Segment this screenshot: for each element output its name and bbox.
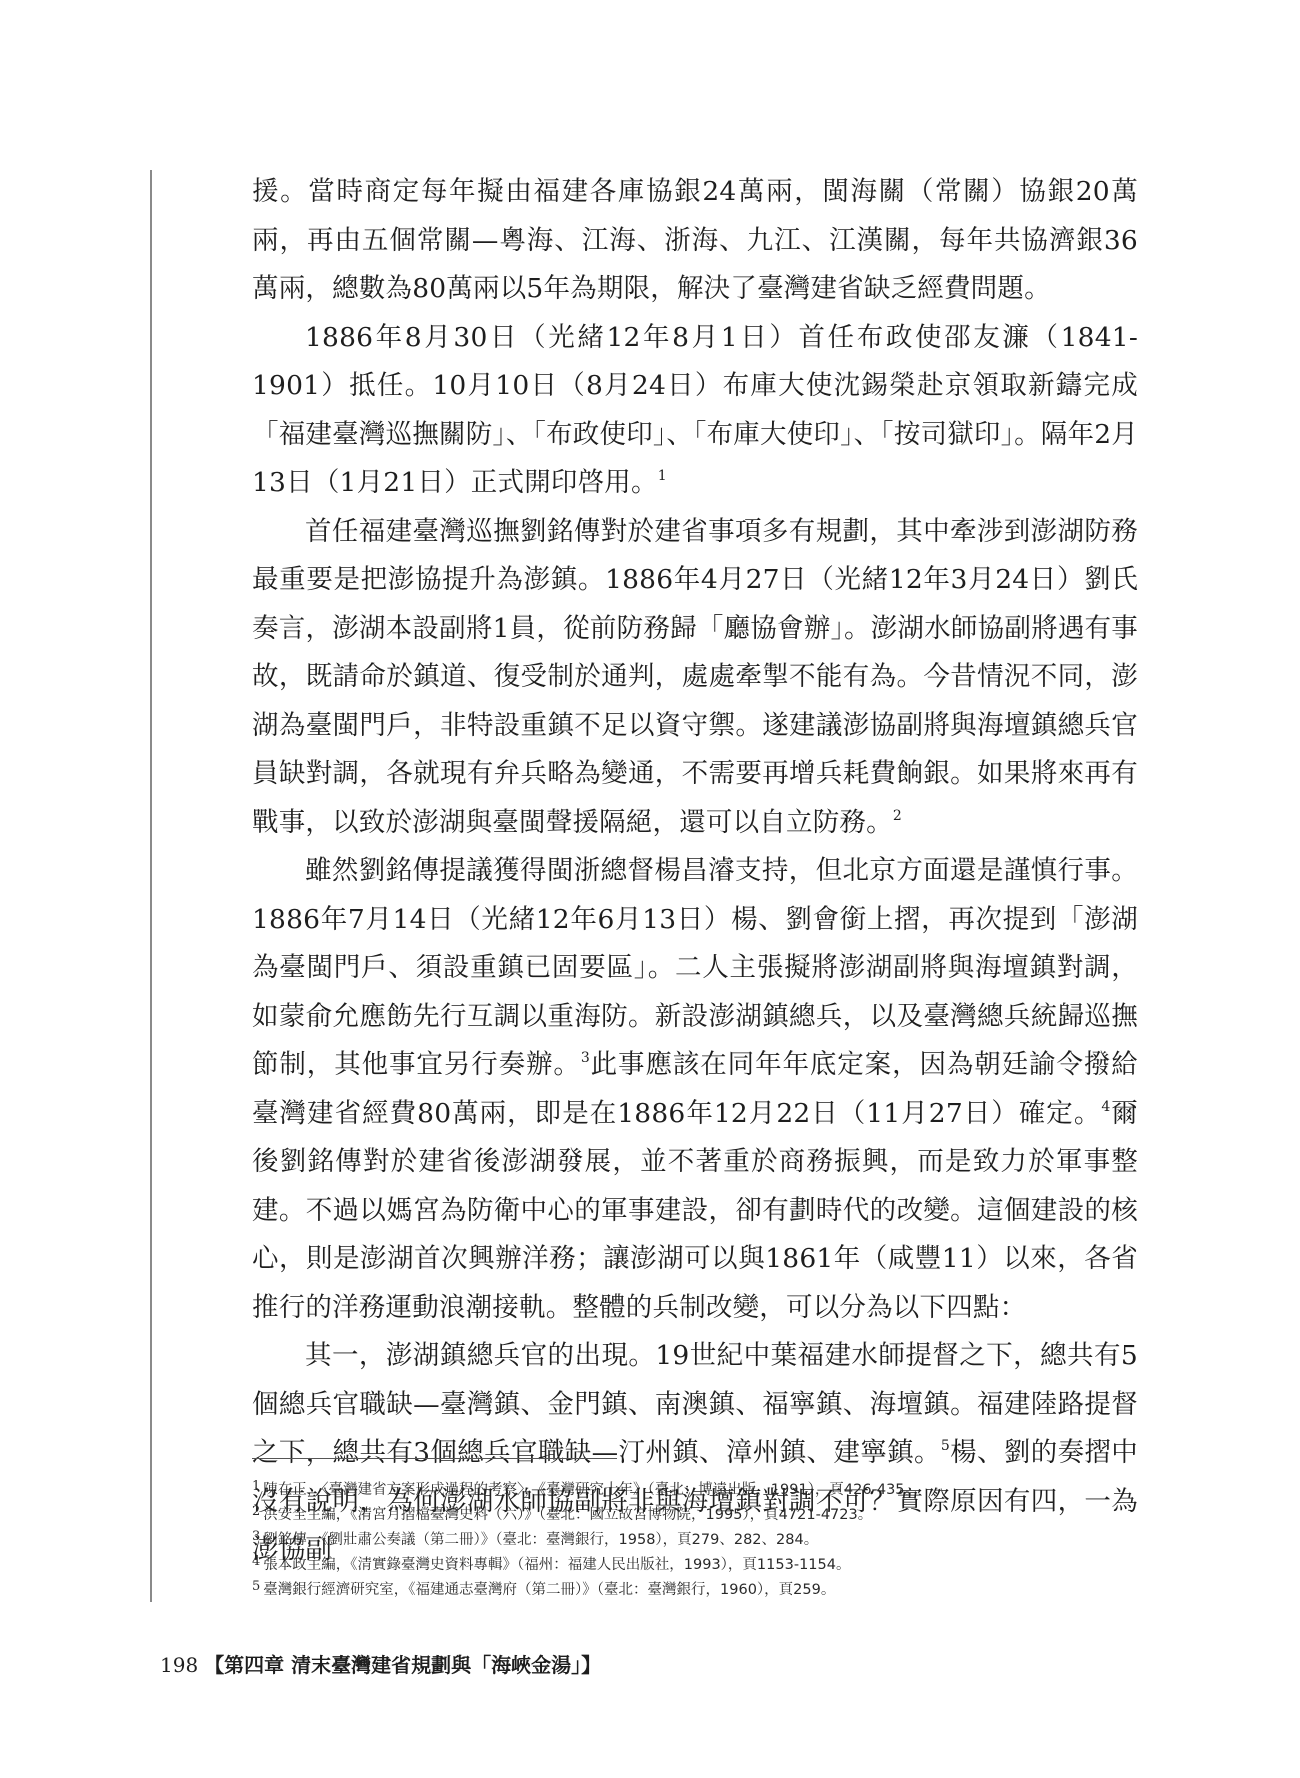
running-footer: 198【第四章 清末臺灣建省規劃與「海峽金湯」】 <box>160 1652 601 1678</box>
paragraph-text: 援。當時商定每年擬由福建各庫協銀24萬兩，閩海關（常關）協銀20萬兩，再由五個常… <box>252 176 1138 304</box>
footnote-4: 4張本政主編，《清實錄臺灣史資料專輯》（福州：福建人民出版社，1993），頁11… <box>252 1551 1132 1576</box>
footnote-number: 5 <box>252 1579 260 1594</box>
footnote-ref-5[interactable]: 5 <box>941 1438 950 1454</box>
page-number: 198 <box>160 1653 198 1677</box>
footnote-text: 陳在正，〈臺灣建省方案形成過程的考察〉，《臺灣研究十年》（臺北：博遠出版，199… <box>263 1482 919 1498</box>
footnote-number: 4 <box>252 1554 260 1569</box>
paragraph-text: 1886年8月30日（光緒12年8月1日）首任布政使邵友濂（1841-1901）… <box>252 322 1138 499</box>
footnote-number: 1 <box>252 1479 260 1494</box>
footnote-1: 1陳在正，〈臺灣建省方案形成過程的考察〉，《臺灣研究十年》（臺北：博遠出版，19… <box>252 1476 1132 1501</box>
footnote-text: 臺灣銀行經濟研究室，《福建通志臺灣府（第二冊）》（臺北：臺灣銀行，1960），頁… <box>263 1582 835 1598</box>
footnote-2: 2洪安全主編，《清宮月摺檔臺灣史料（六）》（臺北：國立故宮博物院，1995），頁… <box>252 1501 1132 1526</box>
paragraph-3: 首任福建臺灣巡撫劉銘傳對於建省事項多有規劃，其中牽涉到澎湖防務最重要是把澎協提升… <box>252 508 1138 848</box>
footnote-text: 洪安全主編，《清宮月摺檔臺灣史料（六）》（臺北：國立故宮博物院，1995），頁4… <box>263 1507 872 1523</box>
footnote-5: 5臺灣銀行經濟研究室，《福建通志臺灣府（第二冊）》（臺北：臺灣銀行，1960），… <box>252 1576 1132 1601</box>
paragraph-text: 首任福建臺灣巡撫劉銘傳對於建省事項多有規劃，其中牽涉到澎湖防務最重要是把澎協提升… <box>252 516 1138 838</box>
body-text: 援。當時商定每年擬由福建各庫協銀24萬兩，閩海關（常關）協銀20萬兩，再由五個常… <box>252 168 1138 1575</box>
margin-rule <box>150 170 152 1602</box>
footnote-ref-3[interactable]: 3 <box>581 1050 590 1066</box>
paragraph-1: 援。當時商定每年擬由福建各庫協銀24萬兩，閩海關（常關）協銀20萬兩，再由五個常… <box>252 168 1138 314</box>
footnotes: 1陳在正，〈臺灣建省方案形成過程的考察〉，《臺灣研究十年》（臺北：博遠出版，19… <box>252 1476 1132 1601</box>
footnote-separator <box>252 1458 617 1459</box>
footnote-ref-2[interactable]: 2 <box>893 808 902 824</box>
paragraph-text: 雖然劉銘傳提議獲得閩浙總督楊昌濬支持，但北京方面還是謹慎行事。1886年7月14… <box>252 855 1138 1080</box>
chapter-title: 【第四章 清末臺灣建省規劃與「海峽金湯」】 <box>204 1653 601 1677</box>
footnote-3: 3劉銘傳，《劉壯肅公奏議（第二冊）》（臺北：臺灣銀行，1958），頁279、28… <box>252 1526 1132 1551</box>
paragraph-text: 爾後劉銘傳對於建省後澎湖發展，並不著重於商務振興，而是致力於軍事整建。不過以媽宮… <box>252 1098 1138 1323</box>
footnote-number: 2 <box>252 1504 260 1519</box>
footnote-number: 3 <box>252 1529 260 1544</box>
paragraph-2: 1886年8月30日（光緒12年8月1日）首任布政使邵友濂（1841-1901）… <box>252 314 1138 508</box>
paragraph-4: 雖然劉銘傳提議獲得閩浙總督楊昌濬支持，但北京方面還是謹慎行事。1886年7月14… <box>252 847 1138 1332</box>
footnote-ref-1[interactable]: 1 <box>658 468 667 484</box>
footnote-text: 劉銘傳，《劉壯肅公奏議（第二冊）》（臺北：臺灣銀行，1958），頁279、282… <box>263 1532 818 1548</box>
footnote-text: 張本政主編，《清實錄臺灣史資料專輯》（福州：福建人民出版社，1993），頁115… <box>263 1557 850 1573</box>
